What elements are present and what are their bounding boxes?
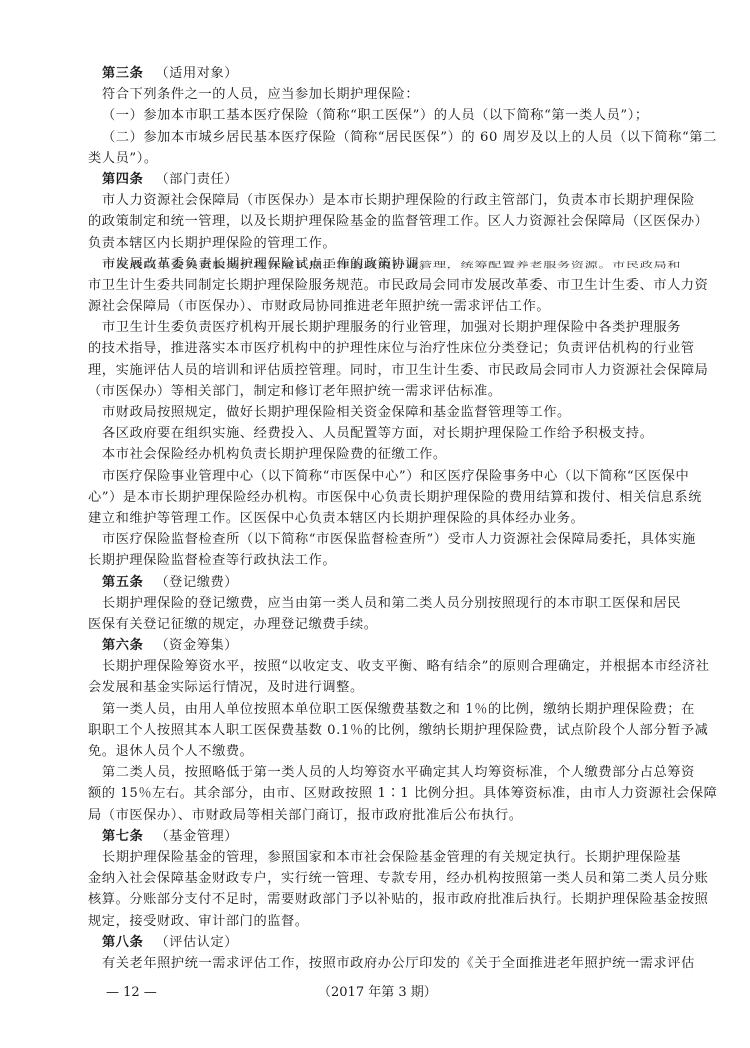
paragraph-line: 额的 15％左右。其余部分，由市、区财政按照 1∶1 比例分担。具体筹资标准，由… [88,783,668,804]
article-title: （评估认定） [155,935,238,950]
paragraph-line: 负责本辖区内长期护理保险的管理工作。 [88,233,668,254]
article-title: （适用对象） [155,66,238,81]
paragraph-line: 心”）是本市长期护理保险经办机构。市医保中心负责长期护理保险的费用结算和拨付、相… [88,487,668,508]
paragraph-first-line: 符合下列条件之一的人员，应当参加长期护理保险： [88,84,668,105]
paragraph-line: 类人员”）。 [88,148,668,169]
article-heading: 第四条（部门责任） [88,169,668,190]
paragraph-first-line: 市医疗保险监督检查所（以下简称“市医保监督检查所”）受市人力资源社会保障局委托，… [88,529,668,550]
paragraph-first-line: 长期护理保险基金的管理，参照国家和本市社会保险基金管理的有关规定执行。长期护理保… [88,847,668,868]
paragraph-first-line: 市财政局按照规定，做好长期护理保险相关资金保障和基金监督管理等工作。 [88,402,668,423]
article-number: 第四条 [102,172,143,187]
paragraph-line: 理，实施评估人员的培训和评估质控管理。同时，市卫生计生委、市民政局会同市人力资源… [88,360,668,381]
article-title: （登记缴费） [155,575,238,590]
article-number: 第六条 [102,638,143,653]
article-title: （部门责任） [155,172,238,187]
paragraph-first-line: 长期护理保险筹资水平，按照“以收定支、收支平衡、略有结余”的原则合理确定，并根据… [88,656,668,677]
paragraph-line: 建立和维护等管理工作。区医保中心负责本辖区内长期护理保险的具体经办业务。 [88,508,668,529]
article-heading: 第七条（基金管理） [88,826,668,847]
paragraph-line: 市发展改革委负责长期护理保险试点工作的政策协调。 [88,254,682,275]
article-number: 第五条 [102,575,143,590]
document-body: 第三条（适用对象）符合下列条件之一的人员，应当参加长期护理保险：（一）参加本市职… [88,63,668,974]
page-number: — 12 — [106,983,157,1003]
article-title: （基金管理） [155,829,238,844]
paragraph-first-line: 长期护理保险的登记缴费，应当由第一类人员和第二类人员分别按照现行的本市职工医保和… [88,593,668,614]
paragraph-line: 核算。分账部分支付不足时，需要财政部门予以补贴的，报市政府批准后执行。长期护理保… [88,889,668,910]
paragraph-line: 免。退休人员个人不缴费。 [88,741,668,762]
article-heading: 第六条（资金筹集） [88,635,668,656]
article-number: 第三条 [102,66,143,81]
paragraph-first-line: 市卫生计生委负责医疗机构开展长期护理服务的行业管理，加强对长期护理保险中各类护理… [88,317,668,338]
paragraph-line: 医保有关登记征缴的规定，办理登记缴费手续。 [88,614,668,635]
paragraph-first-line: 本市社会保险经办机构负责长期护理保险费的征缴工作。 [88,444,668,465]
paragraph-first-line: 第一类人员，由用人单位按照本单位职工医保缴费基数之和 1％的比例，缴纳长期护理保… [88,699,668,720]
paragraph-first-line: 市人力资源社会保障局（市医保办）是本市长期护理保险的行政主管部门，负责本市长期护… [88,190,668,211]
paragraph-first-line: （二）参加本市城乡居民基本医疗保险（简称“居民医保”）的 60 周岁及以上的人员… [88,127,668,148]
article-heading: 第八条（评估认定） [88,932,668,953]
paragraph-line: 规定，接受财政、审计部门的监督。 [88,911,668,932]
article-heading: 第三条（适用对象） [88,63,668,84]
paragraph-line: 会发展和基金实际运行情况，及时进行调整。 [88,677,668,698]
paragraph-line: 局（市医保办）、市财政局等相关部门商订，报市政府批准后公布执行。 [88,805,668,826]
paragraph-first-line: 市医疗保险事业管理中心（以下简称“市医保中心”）和区医疗保险事务中心（以下简称“… [88,466,668,487]
article-heading: 第五条（登记缴费） [88,572,668,593]
overlapping-text-line: 市民政局负责养老服务机构开展长期护理服务的行业管理，统筹配置养老服务资源。市民政… [88,254,668,275]
paragraph-first-line: （一）参加本市职工基本医疗保险（简称“职工医保”）的人员（以下简称“第一类人员”… [88,105,668,126]
article-title: （资金筹集） [155,638,238,653]
page-footer: — 12 — （2017 年第 3 期） [106,983,666,1003]
article-number: 第八条 [102,935,143,950]
paragraph-first-line: 第二类人员，按照略低于第一类人员的人均筹资水平确定其人均筹资标准，个人缴费部分占… [88,762,668,783]
paragraph-first-line: 有关老年照护统一需求评估工作，按照市政府办公厅印发的《关于全面推进老年照护统一需… [88,953,668,974]
paragraph-line: （市医保办）等相关部门，制定和修订老年照护统一需求评估标准。 [88,381,668,402]
article-number: 第七条 [102,829,143,844]
issue-label: （2017 年第 3 期） [318,983,437,1003]
paragraph-line: 市卫生计生委共同制定长期护理保险服务规范。市民政局会同市发展改革委、市卫生计生委… [88,275,668,296]
paragraph-first-line: 各区政府要在组织实施、经费投入、人员配置等方面，对长期护理保险工作给予积极支持。 [88,423,668,444]
paragraph-line: 职职工个人按照其本人职工医保费基数 0.1％的比例，缴纳长期护理保险费，试点阶段… [88,720,668,741]
paragraph-line: 的政策制定和统一管理，以及长期护理保险基金的监督管理工作。区人力资源社会保障局（… [88,211,668,232]
paragraph-line: 金纳入社会保障基金财政专户，实行统一管理、专款专用，经办机构按照第一类人员和第二… [88,868,668,889]
paragraph-line: 的技术指导，推进落实本市医疗机构中的护理性床位与治疗性床位分类登记；负责评估机构… [88,338,668,359]
paragraph-line: 源社会保障局（市医保办）、市财政局协同推进老年照护统一需求评估工作。 [88,296,668,317]
paragraph-line: 长期护理保险监督检查等行政执法工作。 [88,550,668,571]
